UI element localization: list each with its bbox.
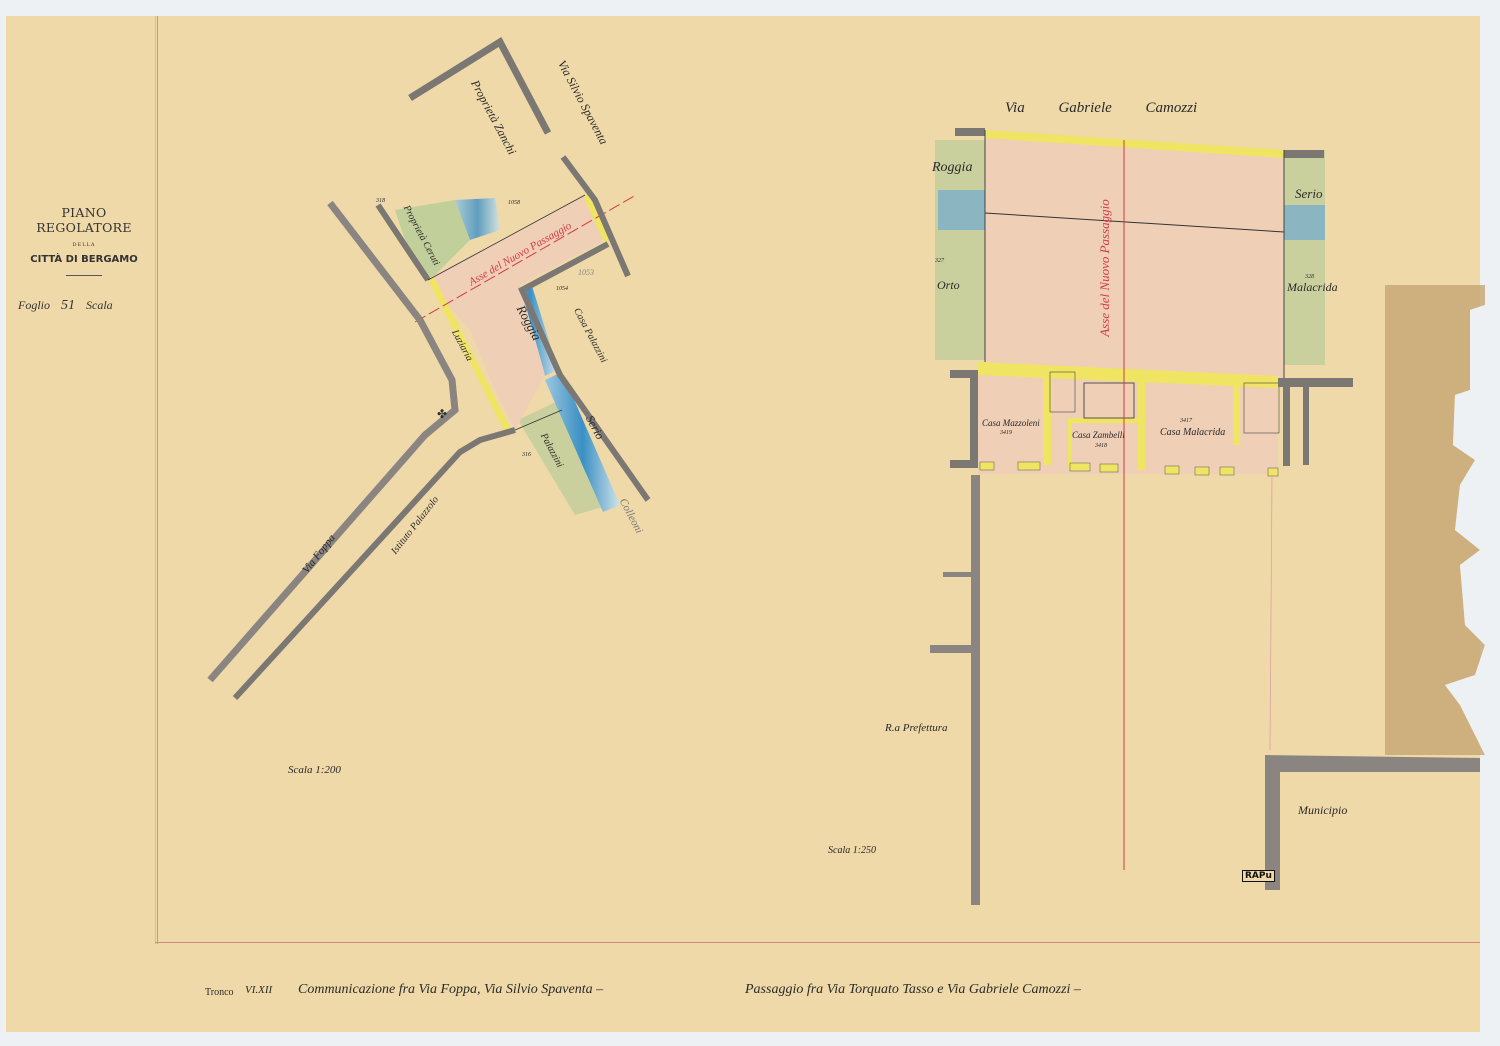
rapu-stamp: RAPu bbox=[1242, 870, 1275, 882]
label-malacrida: Malacrida bbox=[1287, 280, 1338, 295]
label-orto: Orto bbox=[937, 278, 960, 293]
house-mazzoleni-number: 3419 bbox=[1000, 430, 1012, 436]
house-mazzoleni: Casa Mazzoleni bbox=[982, 418, 1040, 428]
label-via-gabriele-camozzi: Via Gabriele Camozzi bbox=[1005, 100, 1197, 117]
footer-caption-2: Passaggio fra Via Torquato Tasso e Via G… bbox=[745, 982, 1081, 998]
parcel-1058: 1058 bbox=[508, 200, 520, 206]
label-municipio: Municipio bbox=[1298, 803, 1347, 818]
scale-left: Scala 1:200 bbox=[288, 764, 341, 776]
house-malacrida: Casa Malacrida bbox=[1160, 427, 1225, 438]
footer-caption-1: Communicazione fra Via Foppa, Via Silvio… bbox=[298, 982, 603, 998]
parcel-318: 318 bbox=[376, 198, 385, 204]
house-zambelli: Casa Zambelli bbox=[1072, 430, 1125, 440]
label-roggia-right: Roggia bbox=[932, 160, 972, 176]
label-serio-right: Serio bbox=[1295, 186, 1322, 202]
parcel-1053: 1053 bbox=[578, 268, 594, 277]
house-malacrida-number: 3417 bbox=[1180, 418, 1192, 424]
label-axis-right: Asse del Nuovo Passaggio bbox=[1097, 199, 1113, 337]
svg-text:✤: ✤ bbox=[437, 407, 447, 421]
paper-damage bbox=[1385, 285, 1500, 755]
left-plan: ✤ bbox=[210, 42, 648, 698]
scale-right: Scala 1:250 bbox=[828, 845, 876, 856]
parcel-316: 316 bbox=[522, 452, 531, 458]
parcel-1054: 1054 bbox=[556, 286, 568, 292]
label-prefettura: R.a Prefettura bbox=[885, 722, 948, 734]
house-zambelli-number: 3418 bbox=[1095, 443, 1107, 449]
parcel-327: 327 bbox=[935, 258, 944, 264]
tronco-number: VI.XII bbox=[245, 984, 272, 996]
parcel-328: 328 bbox=[1305, 274, 1314, 280]
map-drawing: ✤ bbox=[0, 0, 1500, 1046]
tronco-label: Tronco bbox=[205, 987, 234, 998]
